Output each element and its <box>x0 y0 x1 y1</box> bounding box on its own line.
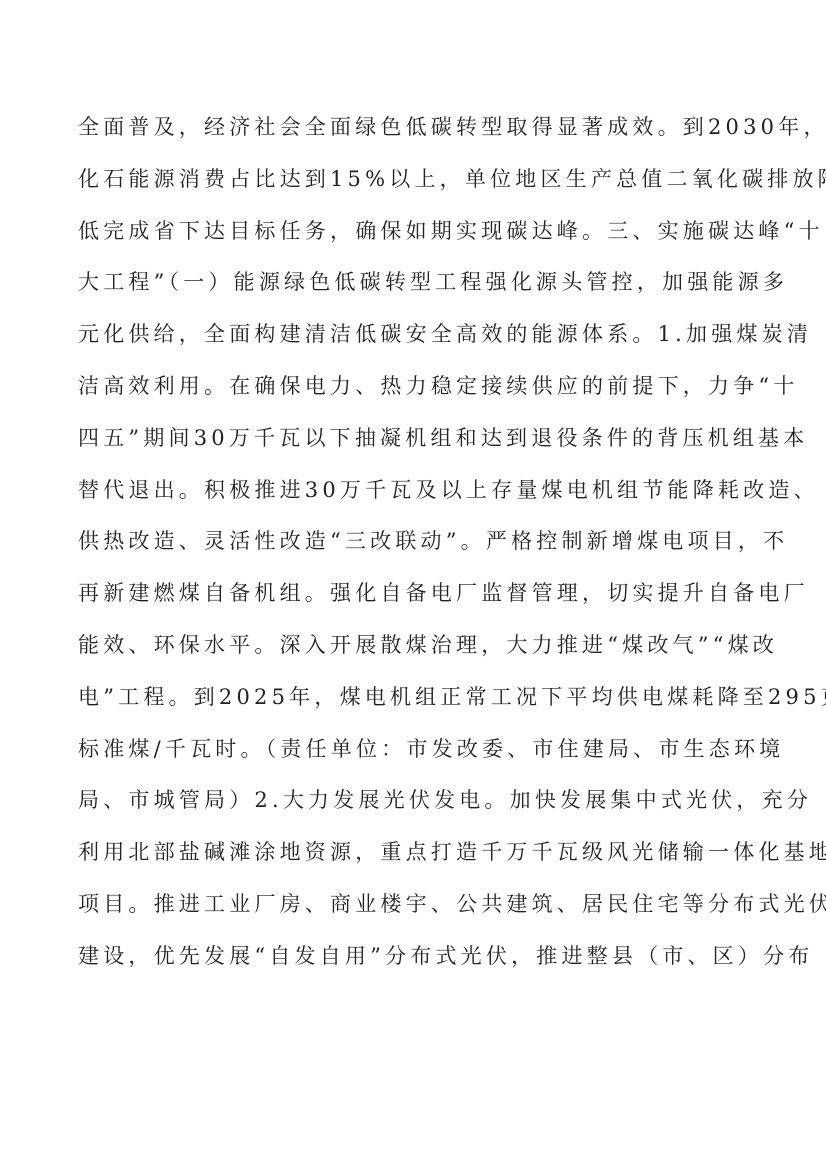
document-page: 全面普及，经济社会全面绿色低碳转型取得显著成效。到2030年，非 化石能源消费占… <box>0 0 826 1169</box>
text-line: 利用北部盐碱滩涂地资源，重点打造千万千瓦级风光储输一体化基地 <box>78 835 748 887</box>
text-line: 元化供给，全面构建清洁低碳安全高效的能源体系。1.加强煤炭清 <box>78 317 748 369</box>
text-line: 建设，优先发展“自发自用”分布式光伏，推进整县（市、区）分布 <box>78 939 748 991</box>
text-line: 低完成省下达目标任务，确保如期实现碳达峰。三、实施碳达峰“十 <box>78 214 748 266</box>
body-text: 全面普及，经济社会全面绿色低碳转型取得显著成效。到2030年，非 化石能源消费占… <box>78 110 748 991</box>
text-line: 化石能源消费占比达到15%以上，单位地区生产总值二氧化碳排放降 <box>78 162 748 214</box>
text-line: 标准煤/千瓦时。（责任单位：市发改委、市住建局、市生态环境 <box>78 732 748 784</box>
text-line: 电”工程。到2025年，煤电机组正常工况下平均供电煤耗降至295克 <box>78 680 748 732</box>
text-line: 洁高效利用。在确保电力、热力稳定接续供应的前提下，力争“十 <box>78 369 748 421</box>
text-line: 项目。推进工业厂房、商业楼宇、公共建筑、居民住宅等分布式光伏 <box>78 887 748 939</box>
text-line: 四五”期间30万千瓦以下抽凝机组和达到退役条件的背压机组基本 <box>78 421 748 473</box>
text-line: 替代退出。积极推进30万千瓦及以上存量煤电机组节能降耗改造、 <box>78 473 748 525</box>
text-line: 再新建燃煤自备机组。强化自备电厂监督管理，切实提升自备电厂 <box>78 576 748 628</box>
text-line: 供热改造、灵活性改造“三改联动”。严格控制新增煤电项目，不 <box>78 524 748 576</box>
text-line: 大工程”（一）能源绿色低碳转型工程强化源头管控，加强能源多 <box>78 265 748 317</box>
text-line: 全面普及，经济社会全面绿色低碳转型取得显著成效。到2030年，非 <box>78 110 748 162</box>
text-line: 局、市城管局）2.大力发展光伏发电。加快发展集中式光伏，充分 <box>78 783 748 835</box>
text-line: 能效、环保水平。深入开展散煤治理，大力推进“煤改气”“煤改 <box>78 628 748 680</box>
